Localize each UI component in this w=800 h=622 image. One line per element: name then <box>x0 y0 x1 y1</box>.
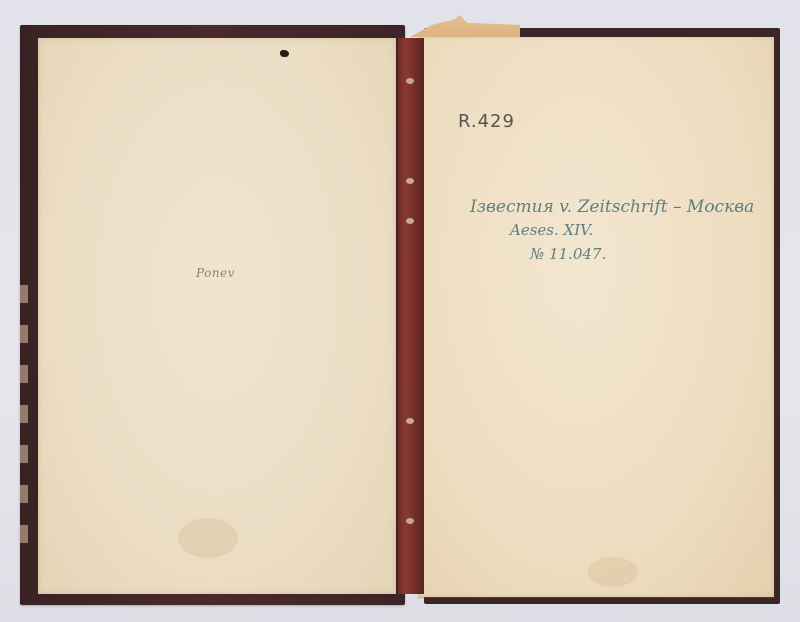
paper-stain <box>178 518 238 558</box>
flyleaf-page: R.429 Ізвестия v. Zeitschrift – Москва A… <box>418 37 774 597</box>
binding-stitch <box>406 418 414 424</box>
ink-inscription: Ізвестия v. Zeitschrift – Москва Aeses. … <box>470 197 754 263</box>
binding-stitch <box>406 218 414 224</box>
worm-hole <box>280 50 289 57</box>
inscription-number: № 11.047. <box>530 245 754 263</box>
inscription-series: Aeses. XIV. <box>510 221 754 239</box>
shelf-mark: R.429 <box>458 111 515 132</box>
paper-stain <box>588 557 638 587</box>
binding-stitch <box>406 178 414 184</box>
front-pastedown-page: Ponev <box>38 38 396 594</box>
pencil-note: Ponev <box>196 266 235 280</box>
binding-stitch <box>406 78 414 84</box>
inscription-title: Ізвестия v. Zeitschrift – Москва <box>470 197 754 217</box>
binding-stitch <box>406 518 414 524</box>
book-photo: Ponev R.429 Ізвестия v. Zeitschrift – Мо… <box>0 0 800 622</box>
worn-cover-edge <box>20 285 28 565</box>
book-hinge <box>398 38 424 594</box>
